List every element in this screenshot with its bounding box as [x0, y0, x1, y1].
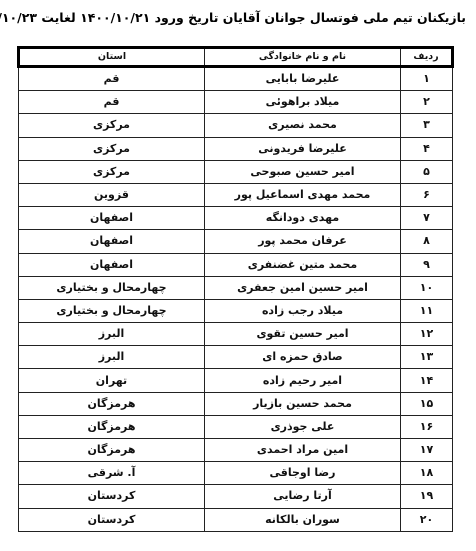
- row-rank: ۴: [401, 137, 453, 160]
- row-name: میلاد براهوئی: [205, 91, 401, 114]
- table-row: ۵امیر حسین صبوحیمرکزی: [19, 160, 453, 183]
- row-name: محمد حسین بازیار: [205, 392, 401, 415]
- row-province: کردستان: [19, 485, 205, 508]
- row-province: چهارمحال و بختیاری: [19, 299, 205, 322]
- row-province: آ. شرقی: [19, 462, 205, 485]
- row-name: میلاد رجب زاده: [205, 299, 401, 322]
- row-name: محمد متین غضنفری: [205, 253, 401, 276]
- row-province: مرکزی: [19, 160, 205, 183]
- table-row: ۱۵محمد حسین بازیارهرمزگان: [19, 392, 453, 415]
- table-row: ۱۱میلاد رجب زادهچهارمحال و بختیاری: [19, 299, 453, 322]
- table-row: ۶محمد مهدی اسماعیل پورقزوین: [19, 183, 453, 206]
- row-province: اصفهان: [19, 230, 205, 253]
- row-rank: ۵: [401, 160, 453, 183]
- row-rank: ۱۴: [401, 369, 453, 392]
- header-rank: ردیف: [401, 48, 453, 67]
- table-row: ۹محمد متین غضنفریاصفهان: [19, 253, 453, 276]
- table-row: ۱۷امین مراد احمدیهرمزگان: [19, 439, 453, 462]
- table-row: ۱علیرضا باباییقم: [19, 67, 453, 91]
- table-row: ۲۰سوران بالکانهکردستان: [19, 508, 453, 531]
- table-row: ۸عرفان محمد پوراصفهان: [19, 230, 453, 253]
- row-name: علیرضا فریدونی: [205, 137, 401, 160]
- row-name: علی جوذری: [205, 415, 401, 438]
- row-rank: ۲: [401, 91, 453, 114]
- table-body: ۱علیرضا باباییقم۲میلاد براهوئیقم۳محمد نص…: [19, 67, 453, 532]
- row-province: اصفهان: [19, 253, 205, 276]
- table-row: ۴علیرضا فریدونیمرکزی: [19, 137, 453, 160]
- row-name: آرتا رضایی: [205, 485, 401, 508]
- row-province: هرمزگان: [19, 392, 205, 415]
- row-province: هرمزگان: [19, 415, 205, 438]
- row-rank: ۱۸: [401, 462, 453, 485]
- table-row: ۳محمد نصیریمرکزی: [19, 114, 453, 137]
- table-row: ۱۳صادق حمزه ایالبرز: [19, 346, 453, 369]
- row-rank: ۶: [401, 183, 453, 206]
- table-row: ۱۹آرتا رضاییکردستان: [19, 485, 453, 508]
- row-rank: ۱۰: [401, 276, 453, 299]
- row-rank: ۱۷: [401, 439, 453, 462]
- row-name: امیر حسین امین جعفری: [205, 276, 401, 299]
- table-header-row: ردیف نام و نام خانوادگی استان: [19, 48, 453, 67]
- row-province: قم: [19, 91, 205, 114]
- row-name: امیر حسین صبوحی: [205, 160, 401, 183]
- table-row: ۱۴امیر رحیم زادهتهران: [19, 369, 453, 392]
- row-name: مهدی دودانگه: [205, 207, 401, 230]
- row-province: اصفهان: [19, 207, 205, 230]
- row-name: عرفان محمد پور: [205, 230, 401, 253]
- row-province: مرکزی: [19, 114, 205, 137]
- row-province: مرکزی: [19, 137, 205, 160]
- row-rank: ۱۳: [401, 346, 453, 369]
- row-province: کردستان: [19, 508, 205, 531]
- row-name: سوران بالکانه: [205, 508, 401, 531]
- row-province: البرز: [19, 323, 205, 346]
- players-table: ردیف نام و نام خانوادگی استان ۱علیرضا با…: [17, 46, 454, 532]
- row-name: امیر رحیم زاده: [205, 369, 401, 392]
- row-name: علیرضا بابایی: [205, 67, 401, 91]
- table-row: ۱۰امیر حسین امین جعفریچهارمحال و بختیاری: [19, 276, 453, 299]
- row-province: هرمزگان: [19, 439, 205, 462]
- row-province: قم: [19, 67, 205, 91]
- table-row: ۷مهدی دودانگهاصفهان: [19, 207, 453, 230]
- row-name: محمد نصیری: [205, 114, 401, 137]
- page-title: بازیکنان تیم ملی فوتسال جوانان آقایان تا…: [10, 6, 466, 30]
- row-rank: ۹: [401, 253, 453, 276]
- row-name: محمد مهدی اسماعیل پور: [205, 183, 401, 206]
- row-name: رضا اوجاقی: [205, 462, 401, 485]
- header-name: نام و نام خانوادگی: [205, 48, 401, 67]
- header-province: استان: [19, 48, 205, 67]
- table-row: ۱۸رضا اوجاقیآ. شرقی: [19, 462, 453, 485]
- row-rank: ۱۶: [401, 415, 453, 438]
- row-rank: ۷: [401, 207, 453, 230]
- row-rank: ۳: [401, 114, 453, 137]
- row-name: امیر حسین تقوی: [205, 323, 401, 346]
- row-rank: ۱۹: [401, 485, 453, 508]
- row-rank: ۸: [401, 230, 453, 253]
- row-province: تهران: [19, 369, 205, 392]
- table-row: ۲میلاد براهوئیقم: [19, 91, 453, 114]
- row-rank: ۱۲: [401, 323, 453, 346]
- row-rank: ۲۰: [401, 508, 453, 531]
- row-rank: ۱: [401, 67, 453, 91]
- table-row: ۱۲امیر حسین تقویالبرز: [19, 323, 453, 346]
- row-rank: ۱۵: [401, 392, 453, 415]
- row-name: صادق حمزه ای: [205, 346, 401, 369]
- row-province: چهارمحال و بختیاری: [19, 276, 205, 299]
- row-rank: ۱۱: [401, 299, 453, 322]
- row-province: البرز: [19, 346, 205, 369]
- table-row: ۱۶علی جوذریهرمزگان: [19, 415, 453, 438]
- row-province: قزوین: [19, 183, 205, 206]
- row-name: امین مراد احمدی: [205, 439, 401, 462]
